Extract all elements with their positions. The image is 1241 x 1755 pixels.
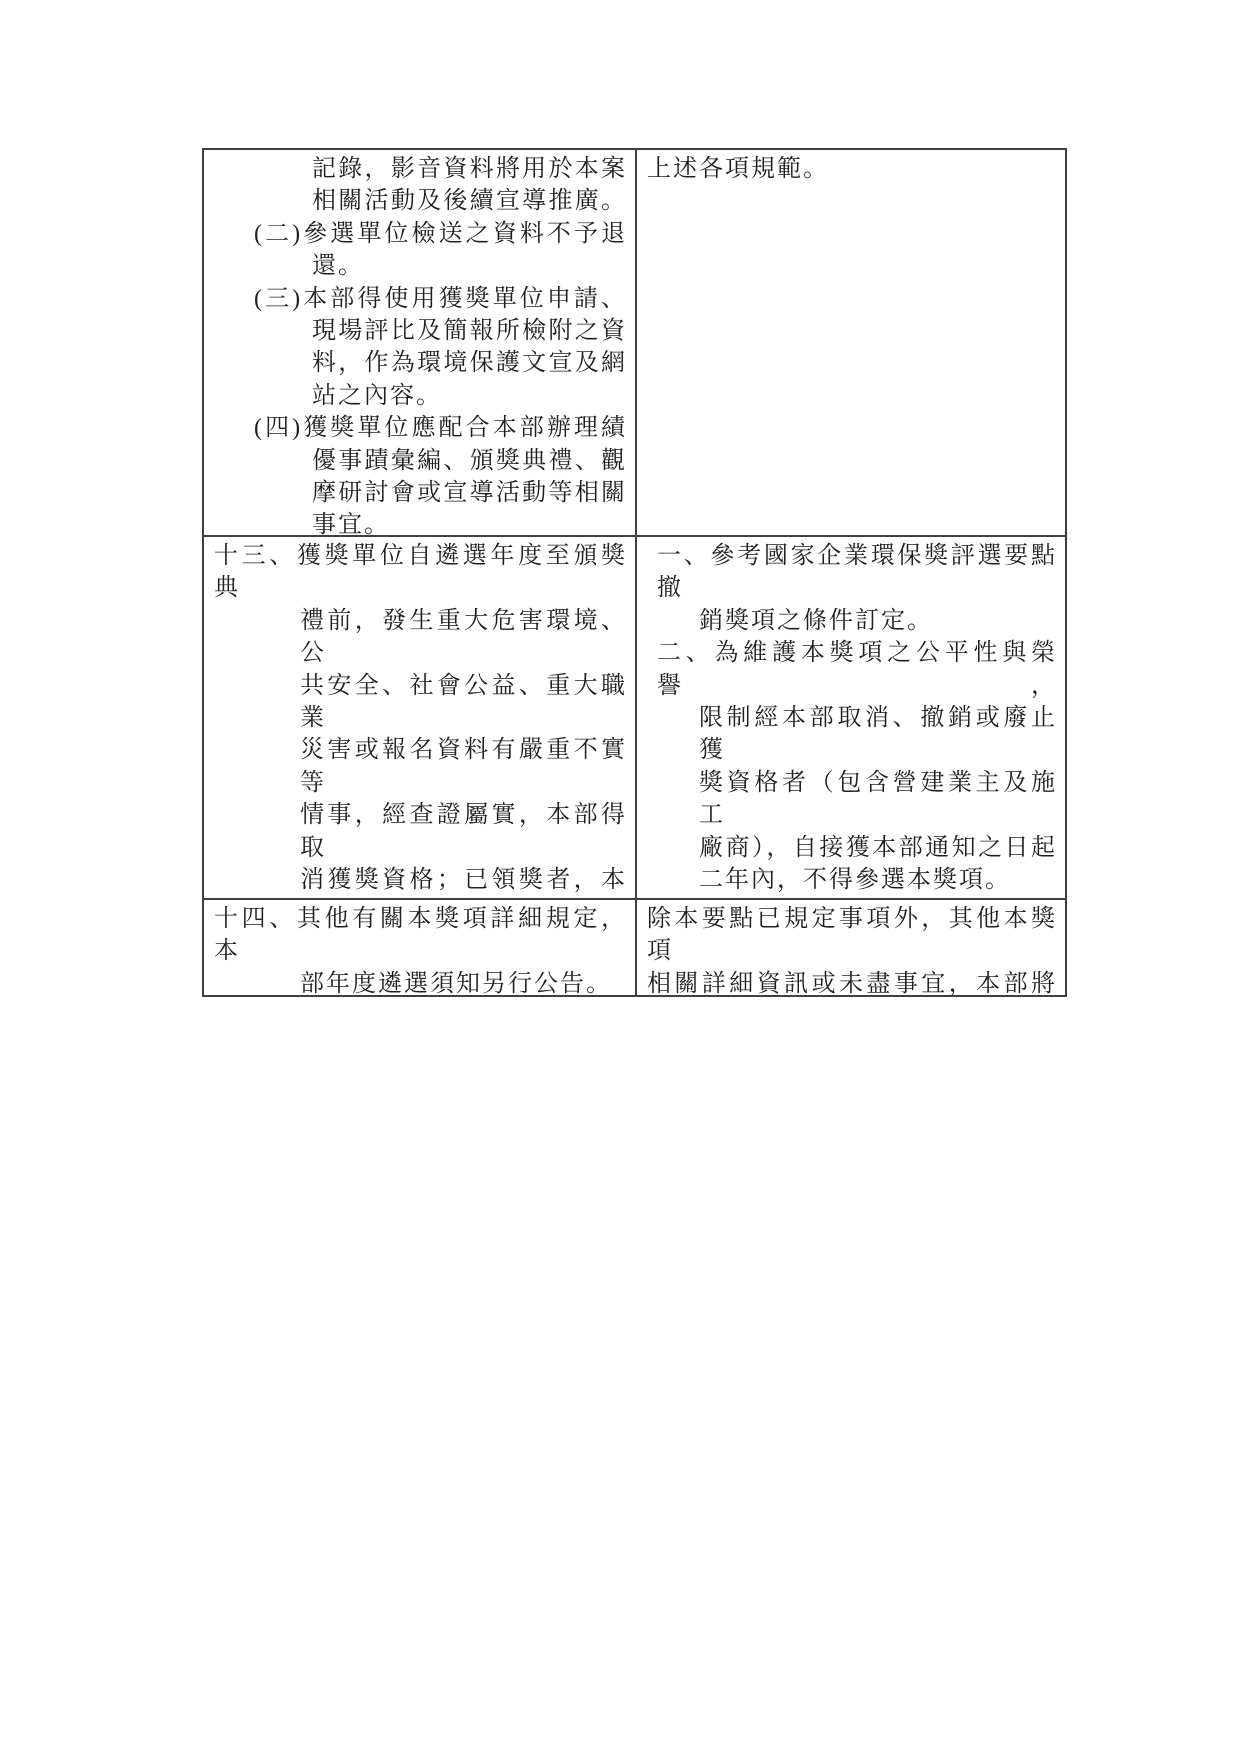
regulation-table: 記錄，影音資料將用於本案 相關活動及後續宣導推廣。 (二)參選單位檢送之資料不予… — [202, 148, 1067, 997]
text-line: 共安全、社會公益、重大職業 — [204, 670, 627, 735]
text-line: 二年內，不得參選本獎項。 — [637, 864, 1057, 896]
text-line: 消獲獎資格；已領獎者，本部 — [204, 864, 627, 898]
text-line: 廠商），自接獲本部通知之日起 — [637, 832, 1057, 864]
text-line: 部年度遴選須知另行公告。 — [204, 968, 627, 995]
table-row-item-13: 十三、獲獎單位自遴選年度至頒獎典 禮前，發生重大危害環境、公 共安全、社會公益、… — [204, 535, 1065, 898]
explanation-cell: 一、參考國家企業環保獎評選要點撤 銷獎項之條件訂定。 二、為維護本獎項之公平性與… — [637, 537, 1065, 898]
text-line: 獎資格者（包含營建業主及施工 — [637, 767, 1057, 832]
text-line: 情事，經查證屬實，本部得取 — [204, 799, 627, 864]
text-line: 記錄，影音資料將用於本案 — [204, 153, 627, 185]
text-line: 一、參考國家企業環保獎評選要點撤 — [637, 540, 1057, 605]
text-line: 禮前，發生重大危害環境、公 — [204, 605, 627, 670]
text-line: 事宜。 — [204, 509, 627, 535]
text-line: 十三、獲獎單位自遴選年度至頒獎典 — [204, 540, 627, 605]
text-line: 站之內容。 — [204, 380, 627, 412]
text-line: 十四、其他有關本獎項詳細規定，本 — [204, 903, 627, 968]
text-line: 上述各項規範。 — [637, 153, 1057, 185]
text-line: 還。 — [204, 250, 627, 282]
document-page: 記錄，影音資料將用於本案 相關活動及後續宣導推廣。 (二)參選單位檢送之資料不予… — [0, 0, 1241, 1755]
text-line: 料，作為環境保護文宣及網 — [204, 347, 627, 379]
text-line: 現場評比及簡報所檢附之資 — [204, 315, 627, 347]
table-row-item-14: 十四、其他有關本獎項詳細規定，本 部年度遴選須知另行公告。 除本要點已規定事項外… — [204, 898, 1065, 995]
text-line: 二、為維護本獎項之公平性與榮譽， — [637, 637, 1057, 702]
table-row-continuation: 記錄，影音資料將用於本案 相關活動及後續宣導推廣。 (二)參選單位檢送之資料不予… — [204, 150, 1065, 535]
text-line: 除本要點已規定事項外，其他本獎項 — [637, 903, 1057, 968]
text-line: 相關活動及後續宣導推廣。 — [204, 185, 627, 217]
text-line: (二)參選單位檢送之資料不予退 — [204, 218, 627, 250]
explanation-cell: 除本要點已規定事項外，其他本獎項 相關詳細資訊或未盡事宜，本部將於 年度遴選須知… — [637, 900, 1065, 995]
text-line: 災害或報名資料有嚴重不實等 — [204, 734, 627, 799]
text-line: (三)本部得使用獲獎單位申請、 — [204, 283, 627, 315]
explanation-cell: 上述各項規範。 — [637, 150, 1065, 535]
text-line: 優事蹟彙編、頒獎典禮、觀 — [204, 445, 627, 477]
text-line: 摩研討會或宣導活動等相關 — [204, 477, 627, 509]
text-line: (四)獲獎單位應配合本部辦理績 — [204, 412, 627, 444]
provisions-cell: 十三、獲獎單位自遴選年度至頒獎典 禮前，發生重大危害環境、公 共安全、社會公益、… — [204, 537, 637, 898]
text-line: 相關詳細資訊或未盡事宜，本部將於 — [637, 968, 1057, 995]
provisions-cell: 記錄，影音資料將用於本案 相關活動及後續宣導推廣。 (二)參選單位檢送之資料不予… — [204, 150, 637, 535]
text-line: 限制經本部取消、撤銷或廢止獲 — [637, 702, 1057, 767]
provisions-cell: 十四、其他有關本獎項詳細規定，本 部年度遴選須知另行公告。 — [204, 900, 637, 995]
text-line: 銷獎項之條件訂定。 — [637, 605, 1057, 637]
